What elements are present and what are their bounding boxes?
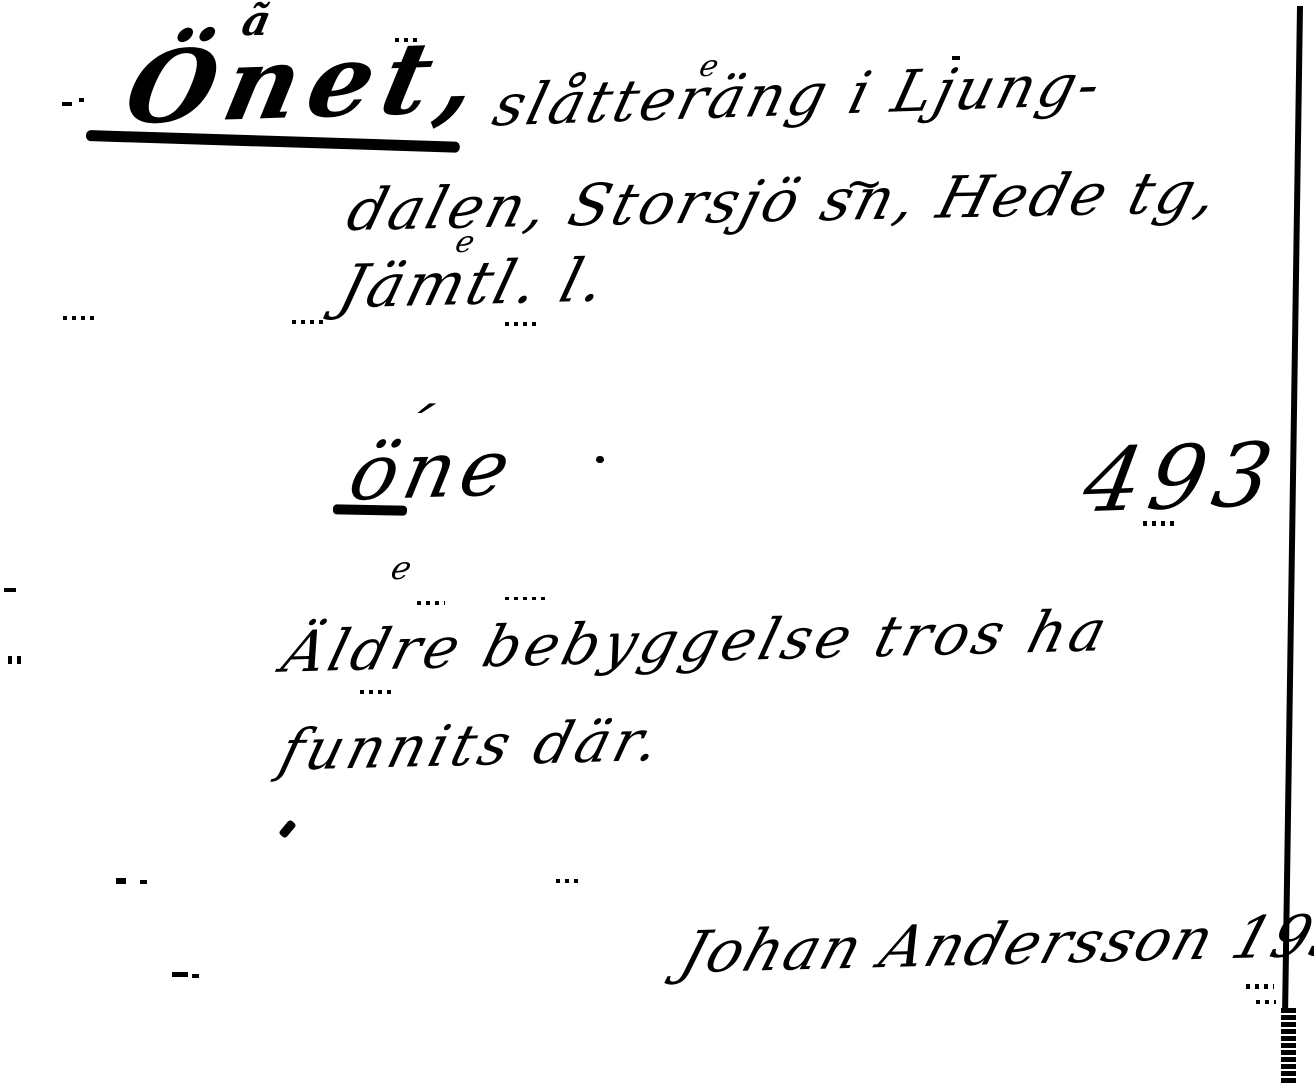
phonetic-entry: öne xyxy=(343,429,522,513)
ink-speck xyxy=(360,690,394,694)
scan-edge-blotch xyxy=(1281,1008,1296,1084)
storsjo-tilde-mark: ~ xyxy=(845,160,884,206)
ink-speck xyxy=(417,601,445,605)
ink-speck xyxy=(556,879,582,883)
ink-speck xyxy=(505,597,547,600)
ink-speck xyxy=(596,456,604,463)
place-name-heading: Önet, xyxy=(118,26,497,138)
ink-speck xyxy=(952,56,960,60)
archive-number: 493 xyxy=(1078,431,1287,526)
ink-speck xyxy=(1256,1000,1276,1004)
ink-speck xyxy=(172,972,188,977)
ink-speck xyxy=(116,878,126,884)
collector-signature: Johan Andersson 1933. xyxy=(674,905,1314,982)
ink-speck xyxy=(505,322,539,326)
ink-speck xyxy=(4,588,16,592)
title-line3-county: Jämtl. l. xyxy=(333,251,614,318)
archive-card: ã Önet, slåtteräng i Ljung- e dalen, Sto… xyxy=(0,0,1314,1084)
phonetic-underline xyxy=(333,504,407,515)
ink-speck xyxy=(1246,984,1274,989)
ink-speck xyxy=(8,656,26,664)
ink-speck xyxy=(192,974,199,978)
ink-speck xyxy=(1143,521,1175,526)
body-note-line2: funnits där. xyxy=(274,713,669,780)
body-superscript-annotation: e xyxy=(388,552,415,584)
ink-speck xyxy=(292,320,324,324)
ink-speck xyxy=(140,880,147,884)
ink-speck xyxy=(395,38,421,42)
title-descriptor: slåtteräng i Ljung- xyxy=(488,56,1109,135)
ink-speck xyxy=(63,316,99,320)
ink-speck xyxy=(278,819,296,839)
body-note-line1: Äldre bebyggelse tros ha xyxy=(277,603,1116,681)
ink-speck xyxy=(62,102,72,106)
ink-speck xyxy=(79,98,84,102)
